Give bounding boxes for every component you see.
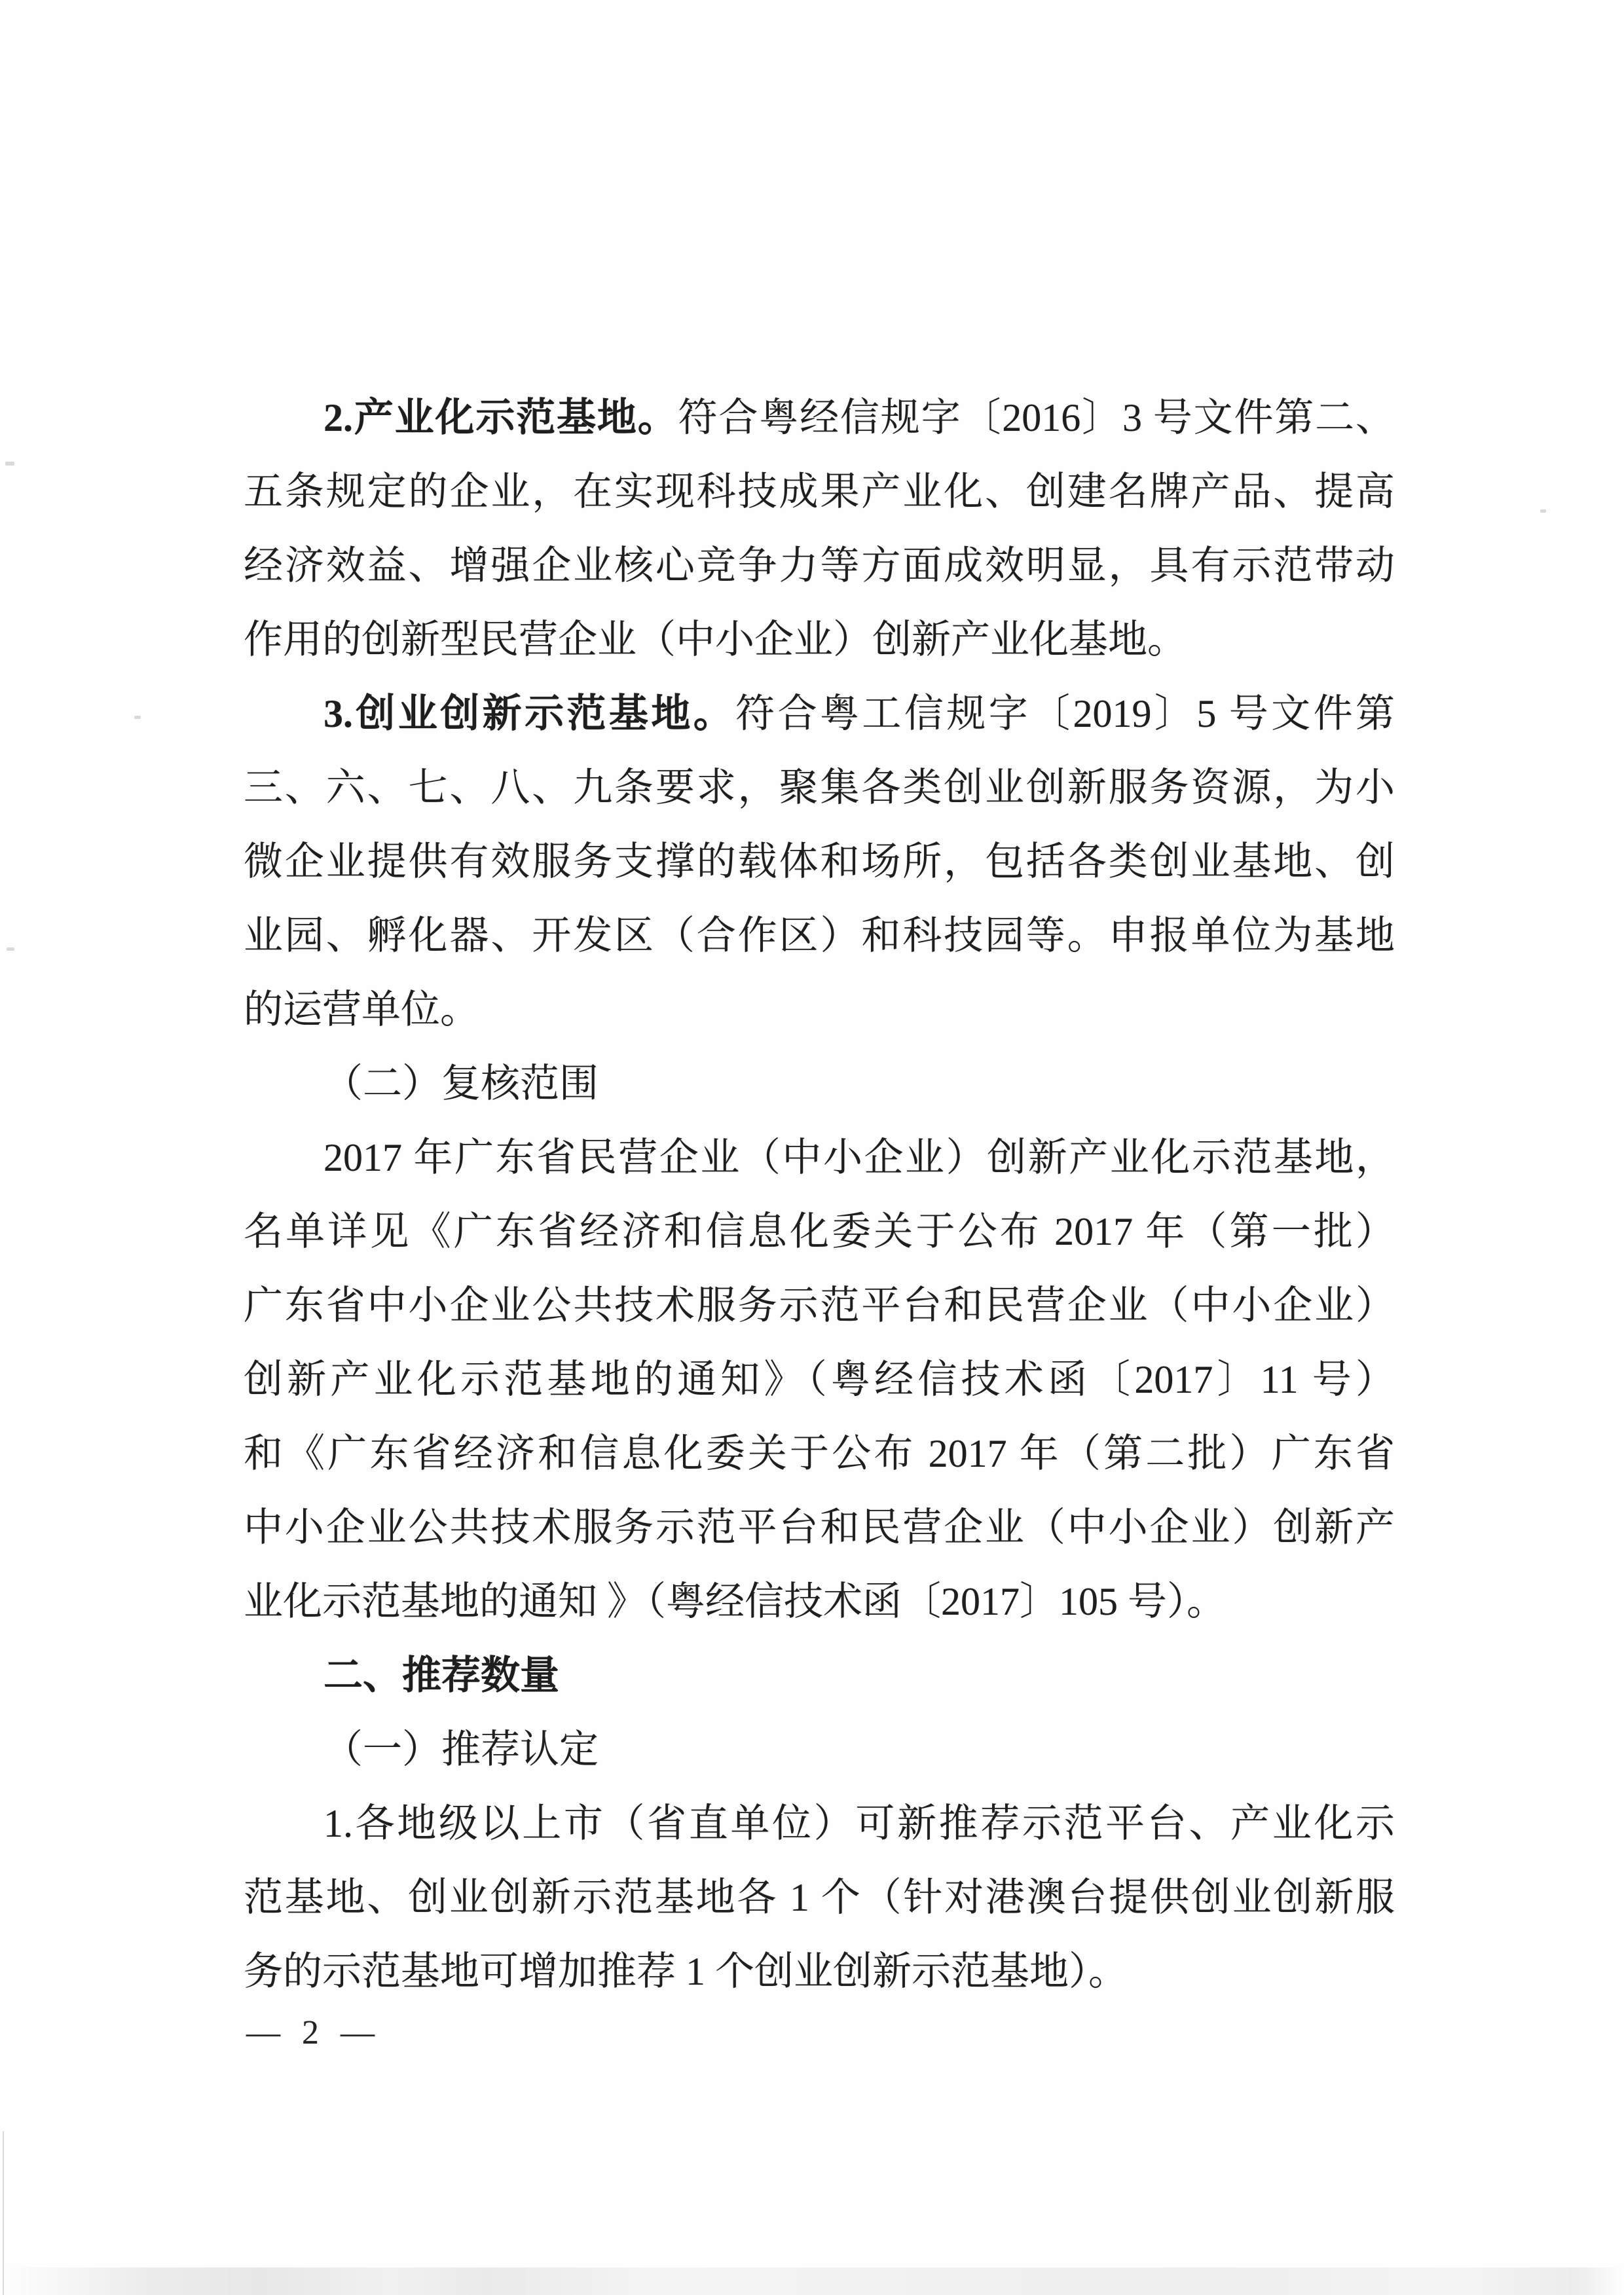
text-line: 业化示范基地的通知 》（粤经信技术函〔2017〕105 号）。 [244,1565,1395,1639]
text-line: 广东省中小企业公共技术服务示范平台和民营企业（中小企业） [244,1269,1395,1343]
text-line: 2017 年广东省民营企业（中小企业）创新产业化示范基地， [244,1121,1395,1195]
text-line: 五条规定的企业，在实现科技成果产业化、创建名牌产品、提高 [244,455,1395,529]
heading-segment: 二、推荐数量 [323,1654,559,1697]
text-line: 范基地、创业创新示范基地各 1 个（针对港澳台提供创业创新服 [244,1861,1395,1935]
text-line: 创新产业化示范基地的通知》（粤经信技术函〔2017〕11 号） [244,1343,1395,1417]
text-segment: 名单详见《广东省经济和信息化委关于公布 2017 年（第一批） [244,1210,1395,1253]
text-segment: 务的示范基地可增加推荐 1 个创业创新示范基地）。 [244,1950,1128,1993]
text-segment: 2017 年广东省民营企业（中小企业）创新产业化示范基地， [323,1136,1395,1179]
text-line: 2.产业化示范基地。符合粤经信规字〔2016〕3 号文件第二、 [244,381,1395,455]
text-segment: 广东省中小企业公共技术服务示范平台和民营企业（中小企业） [244,1284,1395,1327]
text-segment: 符合粤经信规字〔2016〕3 号文件第二、 [678,396,1395,439]
text-segment: （一）推荐认定 [323,1728,599,1771]
text-line: 作用的创新型民营企业（中小企业）创新产业化基地。 [244,603,1395,677]
text-segment: 符合粤工信规字〔2019〕5 号文件第 [735,692,1395,735]
page-number: — 2 — [246,2007,381,2059]
text-line: 经济效益、增强企业核心竞争力等方面成效明显，具有示范带动 [244,529,1395,603]
text-line: 的运营单位。 [244,973,1395,1047]
text-line: （二）复核范围 [244,1047,1395,1121]
text-segment: 范基地、创业创新示范基地各 1 个（针对港澳台提供创业创新服 [244,1876,1395,1919]
scan-speck [134,716,141,719]
text-segment: 中小企业公共技术服务示范平台和民营企业（中小企业）创新产 [244,1506,1395,1549]
text-segment: 业园、孵化器、开发区（合作区）和科技园等。申报单位为基地 [244,914,1395,957]
text-line: （一）推荐认定 [244,1713,1395,1787]
text-segment: 五条规定的企业，在实现科技成果产业化、创建名牌产品、提高 [244,470,1395,513]
text-segment: 1.各地级以上市（省直单位）可新推荐示范平台、产业化示 [323,1802,1395,1845]
text-line: 业园、孵化器、开发区（合作区）和科技园等。申报单位为基地 [244,899,1395,973]
scan-artifact-bottom-band [0,2267,1624,2295]
text-segment: （二）复核范围 [323,1062,599,1105]
text-line: 二、推荐数量 [244,1639,1395,1713]
text-line: 微企业提供有效服务支撑的载体和场所，包括各类创业基地、创 [244,825,1395,899]
text-line: 中小企业公共技术服务示范平台和民营企业（中小企业）创新产 [244,1491,1395,1565]
text-segment: 作用的创新型民营企业（中小企业）创新产业化基地。 [244,618,1187,661]
text-segment: 微企业提供有效服务支撑的载体和场所，包括各类创业基地、创 [244,840,1395,883]
text-line: 名单详见《广东省经济和信息化委关于公布 2017 年（第一批） [244,1195,1395,1269]
text-segment: 的运营单位。 [244,988,479,1031]
text-line: 3.创业创新示范基地。符合粤工信规字〔2019〕5 号文件第 [244,677,1395,751]
text-line: 三、六、七、八、九条要求，聚集各类创业创新服务资源，为小 [244,751,1395,825]
text-line: 和《广东省经济和信息化委关于公布 2017 年（第二批）广东省 [244,1417,1395,1491]
heading-segment: 3.创业创新示范基地。 [323,692,735,735]
text-line: 1.各地级以上市（省直单位）可新推荐示范平台、产业化示 [244,1787,1395,1861]
document-page: 2.产业化示范基地。符合粤经信规字〔2016〕3 号文件第二、五条规定的企业，在… [0,0,1624,2295]
scan-speck [7,947,14,951]
text-segment: 三、六、七、八、九条要求，聚集各类创业创新服务资源，为小 [244,766,1395,809]
text-segment: 创新产业化示范基地的通知》（粤经信技术函〔2017〕11 号） [244,1358,1395,1401]
document-text-block: 2.产业化示范基地。符合粤经信规字〔2016〕3 号文件第二、五条规定的企业，在… [244,381,1395,2009]
text-segment: 和《广东省经济和信息化委关于公布 2017 年（第二批）广东省 [244,1432,1395,1475]
heading-segment: 2.产业化示范基地。 [323,396,678,439]
text-segment: 经济效益、增强企业核心竞争力等方面成效明显，具有示范带动 [244,544,1395,587]
scan-speck [5,462,14,466]
text-segment: 业化示范基地的通知 》（粤经信技术函〔2017〕105 号）。 [244,1580,1226,1623]
text-line: 务的示范基地可增加推荐 1 个创业创新示范基地）。 [244,1935,1395,2009]
scan-speck [1540,509,1546,513]
